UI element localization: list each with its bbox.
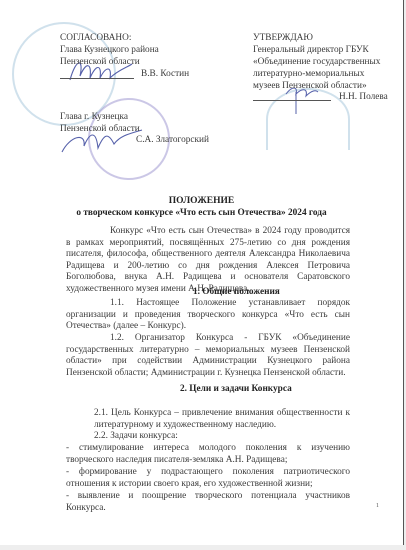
agreed-line-1: Глава Кузнецкого района: [60, 45, 159, 56]
list-item: - выявление и поощрение творческого поте…: [66, 491, 350, 514]
approve-label: УТВЕРЖДАЮ: [253, 33, 313, 44]
list-item: - стимулирование интереса молодого покол…: [66, 443, 350, 466]
document-page: СОГЛАСОВАНО: Глава Кузнецкого района Пен…: [0, 0, 404, 545]
list-item: - формирование у подрастающего поколения…: [66, 467, 350, 490]
document-title: ПОЛОЖЕНИЕ: [0, 196, 403, 206]
agreed-line-2: Пензенской области: [60, 57, 140, 68]
signer-name: В.В. Костин: [141, 69, 189, 80]
approve-line-4: музеев Пензенской области»: [253, 81, 367, 92]
document-subtitle: о творческом конкурсе «Что есть сын Отеч…: [0, 208, 403, 218]
signature-line: [253, 100, 331, 101]
signature-line: [60, 78, 134, 79]
signer-name: С.А. Златогорский: [136, 135, 209, 146]
agreed-label: СОГЛАСОВАНО:: [60, 33, 131, 44]
approve-line-3: литературно-мемориальных: [253, 69, 364, 80]
signer-name: Н.Н. Полева: [339, 92, 388, 103]
section-paragraph: 1.1. Настоящее Положение устанавливает п…: [66, 298, 350, 333]
section-heading: 2. Цели и задачи Конкурса: [180, 384, 292, 394]
section-paragraph: 1.2. Организатор Конкурса - ГБУК «Объеди…: [66, 333, 350, 379]
page-number: 1: [376, 503, 379, 509]
section-paragraph: 2.2. Задачи конкурса:: [94, 431, 350, 443]
agreed-line-3: Глава г. Кузнецка: [60, 112, 128, 123]
intro-paragraph: Конкурс «Что есть сын Отечества» в 2024 …: [66, 226, 350, 296]
approve-line-1: Генеральный директор ГБУК: [253, 45, 369, 56]
section-heading: 1. Общие положения: [193, 287, 280, 297]
agreed-line-4: Пензенской области: [60, 124, 140, 135]
approve-line-2: «Объединение государственных: [253, 57, 380, 68]
section-paragraph: 2.1. Цель Конкурса – привлечение внимани…: [94, 408, 350, 431]
